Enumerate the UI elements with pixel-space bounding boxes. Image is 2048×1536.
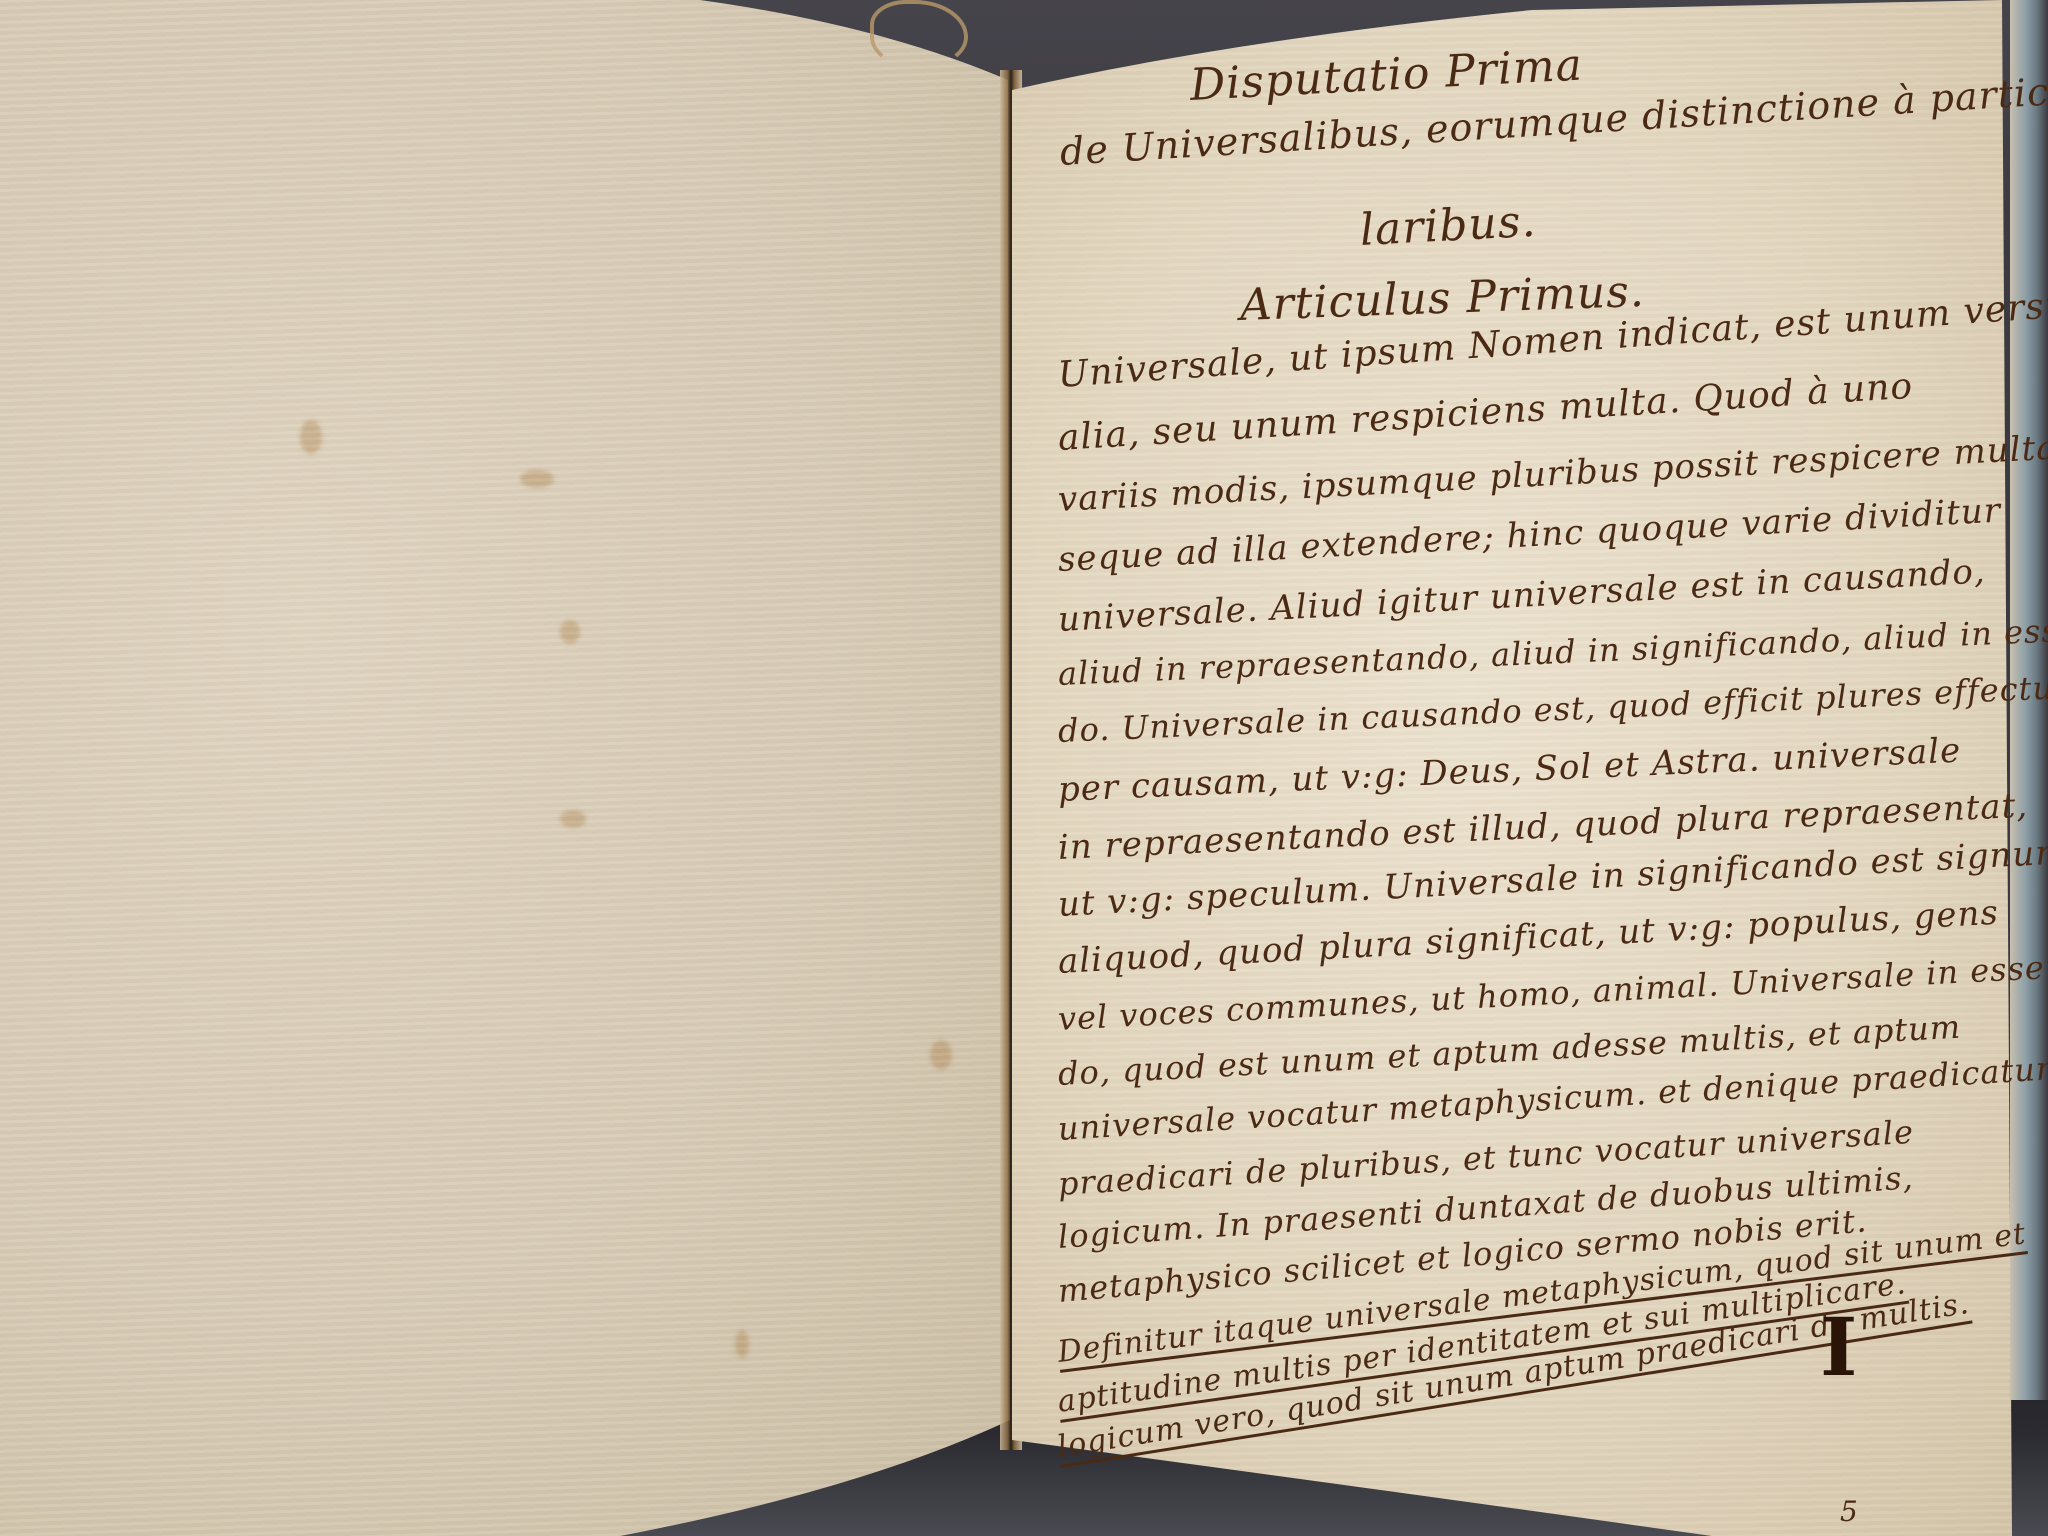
left-page-blank — [0, 0, 1010, 1536]
corner-catchword: 5 — [1840, 1495, 1859, 1528]
folio-number: I — [1820, 1300, 1857, 1394]
foxing-stain — [930, 1040, 952, 1070]
foxing-stain — [560, 810, 586, 828]
foxing-stain — [735, 1330, 749, 1358]
foxing-stain — [300, 420, 322, 454]
heading-line-3: laribus. — [1359, 196, 1538, 256]
foxing-stain — [560, 620, 580, 644]
foxing-stain — [520, 470, 554, 488]
